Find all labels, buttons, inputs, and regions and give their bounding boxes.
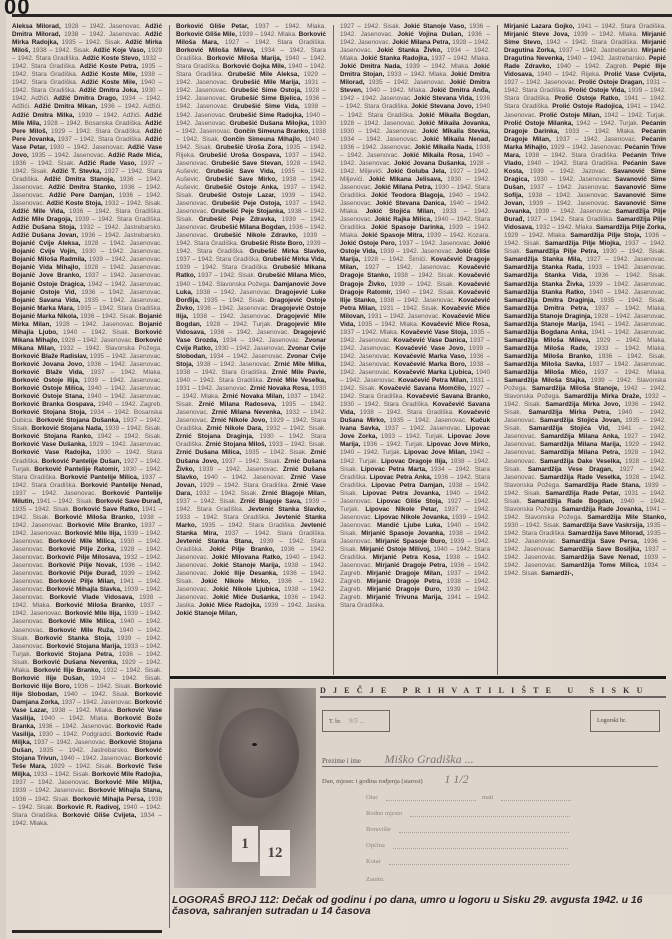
victim-name: Kovačević Vase Danica, — [393, 337, 467, 344]
victim-details: 1938 – 1942. Sisak. — [394, 272, 459, 279]
victim-name: Borković Pilje Milan, — [49, 578, 116, 585]
victim-name: Samardžija Save Persa, — [562, 538, 639, 545]
victim-name: Adžić Koste Stoja, — [46, 200, 102, 207]
victims-running-text: Aleksa Milorad, 1928 – 1942. Jasenovac. … — [12, 23, 162, 828]
victim-name: Samardžija Mile Stanko, — [587, 514, 666, 521]
victim-details: 1939 – 1942. Mlaka. — [573, 31, 641, 38]
victim-details: 1940 – 1942. Stara Gradiška. — [176, 377, 267, 384]
victim-name: Borković Branka Gospava, — [12, 401, 95, 408]
victim-name: Samardžija Miloša Mileva, — [504, 337, 590, 344]
victim-name: Borković Ilije Dušan, — [12, 675, 84, 682]
victim-name: Mirjanić Dragoje Milan, — [367, 570, 442, 577]
victim-name: Borković Mile Ilija, — [65, 530, 122, 537]
victim-name: Borković Miloša Marija, — [207, 55, 282, 62]
victim-details: 1939 – 1942. Stara Gradiška. — [75, 216, 162, 223]
victim-details: 1936 – 1942. Turjak. — [363, 441, 427, 448]
victim-name: Samardžija Stanka Mila, — [504, 256, 582, 263]
victim-details: 1940 – 1942. Slavonska Požega. — [176, 281, 273, 288]
victim-name: Borković Mile Radojka, — [92, 771, 162, 778]
victim-details: 1935 – 1942. Stara Gradiška. — [77, 305, 162, 312]
victim-details: 1931 – 1942. Sisak. — [380, 305, 442, 312]
victim-name: Mirjanić Ostoje Milivoj, — [360, 546, 431, 553]
victim-name: Borković Stojana Petra, — [36, 651, 114, 658]
victim-name: Borković Miloša Branko, — [55, 514, 135, 521]
victim-details: 1930 – 1942. Podgradci. — [39, 731, 116, 738]
victim-name: Jokić Stevana Danica, — [376, 200, 446, 207]
victim-name: Jokić Nikole Mirko, — [201, 578, 270, 585]
victim-name: Jokić Milovana Ratko, — [212, 554, 282, 561]
victim-name: Bojanić Jove Branko, — [12, 272, 81, 279]
victim-name: Adžić Dmitra Stanko, — [48, 184, 116, 191]
victim-name: Samardžija Pilje Miojka, — [545, 240, 621, 247]
victim-name: Grubešić Uroša Gospava, — [199, 152, 281, 159]
victim-details: 1931 – 1942. Jasenovac. — [368, 313, 442, 320]
victim-details: 1936 – 1942. Sisak. — [12, 796, 73, 803]
victim-details: 1935 – 1942. Sisak. — [62, 39, 126, 46]
victim-name: Zrnić Nikole Jovo, — [211, 417, 267, 424]
victim-name: Jokić Ostoje Pero, — [340, 240, 397, 247]
victim-name: Mirjanić Dragoje Petra, — [367, 578, 442, 585]
victim-details: 1940 – 1942. Sisak. — [63, 329, 135, 336]
victim-details: 1933 – 1942. Turjak. — [381, 433, 448, 440]
victim-name: Samardži-, — [541, 570, 573, 577]
victim-details: 1940 – 1942. Sisak. — [395, 289, 458, 296]
victim-name: Samardžija Miloša Branko, — [504, 353, 593, 360]
victim-name: Grubešić Peje Stojanka, — [211, 208, 285, 215]
portrait-head — [219, 708, 299, 798]
victim-name: Grubešić Sime Ostoja, — [231, 87, 302, 94]
victim-name: Samardžija Miloša Rade, — [504, 345, 588, 352]
victim-details: 1940 – 1942. Jasenovac. — [87, 385, 162, 392]
victim-name: Mirjanić Lazara Gojko, — [504, 23, 574, 30]
victim-name: Mirjanić Petra Kosa, — [373, 554, 441, 561]
victim-details: 1927 – 1942. Jasenovac. — [504, 79, 578, 86]
victim-name: Zrnić Dušana Milica, — [176, 449, 241, 456]
victim-details: 1936 – 1942. Sisak. — [598, 353, 666, 360]
victim-details: 1928 – 1942. Jasenovac. — [594, 313, 666, 320]
victim-name: Lipovac Petra Damjan, — [371, 482, 444, 489]
victim-name: Kovačević Petra Milan, — [398, 377, 468, 384]
victim-details: 1938 – 1942. Jasenovac. — [64, 31, 145, 38]
residence-label: Boravište — [366, 826, 391, 833]
victim-name: Samardžija Milana Marija, — [540, 441, 621, 448]
victim-details: 1937 – 1942. Sisak. — [222, 458, 285, 465]
victim-name: Jokić Rajka Milica, — [375, 216, 432, 223]
victim-details: 1939 – 1942. Jasenovac. — [89, 256, 162, 263]
victim-details: 1936 – 1942. Jasenovac. — [87, 361, 162, 368]
victim-name: Zrnić Novaka Milan, — [222, 393, 284, 400]
victim-name: Jokić Spasoje Darinka, — [371, 224, 445, 231]
victim-name: Samardžija Mirka Petra, — [529, 409, 611, 416]
victim-details: 1937 – 1942. Mlaka. — [595, 305, 666, 312]
father-label: Otac — [366, 794, 378, 801]
victim-details: 1937 – 1942. Mlaka. — [340, 329, 401, 336]
victim-details: 1942 – 1942. Turjak. — [604, 112, 666, 119]
victim-name: Adžić Dmitra Milka, — [12, 112, 74, 119]
victim-name: Samardžija Dmitra Petra, — [504, 305, 588, 312]
victim-name: Jokić Stevana Jovo, — [411, 103, 473, 110]
victim-name: Jokić Stanka Živko, — [377, 47, 442, 54]
victim-name: Grubešić Dušana Milojka, — [230, 120, 310, 127]
victim-name: Zrnić Mile Pavle, — [272, 369, 326, 376]
surname-name-label: Prezime i ime — [322, 757, 361, 765]
victim-name: Lipovac Dragoje Ilija, — [381, 458, 447, 465]
victim-name: Kovačević Vase Jovo, — [395, 345, 465, 352]
victim-name: Kovačević Marka Ljubica, — [394, 369, 474, 376]
victim-details: 1936 – 1942. Jasenovac. — [340, 144, 414, 151]
victim-details: 1930 – 1942. Jasenovac. — [214, 345, 287, 352]
victim-details: 1937 – 1942. Mlaka. — [255, 23, 326, 30]
victim-name: Jokić Stanoje Milan, — [176, 610, 237, 617]
victim-details: 1937 – 1942. Sisak. — [198, 272, 258, 279]
victim-details: 1939 – 1942. Mlaka. — [406, 63, 474, 70]
victim-name: Bojanić Cvije Vojin, — [12, 248, 77, 255]
victim-details: 1938 – 1942. Sisak. — [32, 47, 93, 54]
victim-name: Jokić Mikaila Rosa, — [403, 152, 465, 159]
victim-details: 1928 – 1942. Šimići. — [364, 256, 431, 263]
victim-details: 1939 – 1942. Jasenovac. — [529, 200, 614, 207]
victim-name: Grubešić Ostoje Lazar, — [199, 192, 276, 199]
victim-name: Borković Ilije Branko, — [33, 667, 100, 674]
victim-name: Borković Mihajla Stana, — [89, 787, 162, 794]
victim-name: Samardžija Milana Petra, — [540, 449, 620, 456]
victim-name: Samardžija Save Milorad, — [568, 530, 645, 537]
victim-name: Borković Pilje Zorka, — [48, 546, 116, 553]
victim-details: 1935 – 1942. Sisak. — [600, 297, 666, 304]
victim-details: 1937 – 1942. Jasenovac. — [530, 184, 615, 191]
victim-details: 1931 – 1942. Jasenovac. — [176, 385, 250, 392]
victim-name: Borković Ostoje Milica, — [12, 385, 84, 392]
victim-name: Bojanić Ostoje Vid, — [12, 289, 76, 296]
victim-details: 1933 – 1942. Jasenovac. — [588, 264, 666, 271]
victim-name: Zrnić Mile Milka, — [274, 361, 326, 368]
victim-details: 1938 – 1942. Mlaka. — [51, 707, 117, 714]
victim-details: 1940 – 1942. Rijeka. — [537, 71, 604, 78]
victim-details: 1930 – 1942. Jasenovac. — [533, 176, 615, 183]
victim-name: Borković Stojana Nada, — [31, 425, 103, 432]
victim-details: 1937 – 1942. Jasenovac. — [34, 739, 109, 746]
victim-details: 1932 – 1942. Jastrebarsko. — [80, 224, 162, 231]
victim-details: 1935 – 1942. Jasenovac. — [90, 353, 162, 360]
victim-details: 1940 – 1942. Zagreb. — [557, 63, 634, 70]
victim-name: Adžić Mile Vida, — [12, 208, 65, 215]
victim-name: Bojanić Savana Vida, — [12, 297, 80, 304]
victim-details: 1935 – 1942. Sisak. — [12, 506, 73, 513]
victim-name: Samardžija Rade Veselka, — [540, 474, 622, 481]
victim-name: Adžić Dušana Jovan, — [12, 232, 78, 239]
victim-name: Borković Gliše Petar, — [176, 23, 249, 30]
victim-details: 1935 – 1942. Sisak. — [204, 297, 270, 304]
victim-name: Zrnić Stojana Miloš, — [205, 441, 266, 448]
victim-details: 1937 – 1942. Mlaka. — [594, 369, 666, 376]
victim-details: 1935 – 1942. Jastrebarsko. — [39, 747, 134, 754]
victim-details: 1928 – 1942. Jasenovac. — [61, 337, 134, 344]
victim-name: Samardžija Stanka Rada, — [504, 264, 584, 271]
victim-name: Jokić Dmitra Anđa, — [430, 87, 490, 94]
victim-details: 1937 – 1942. Jasenovac. — [589, 361, 666, 368]
victim-name: Samardžija Save Nenad, — [561, 554, 640, 561]
victim-name: Jokić Jovana Dušanka, — [394, 160, 466, 167]
victim-name: Samardžija Pilje Stoja, — [570, 232, 641, 239]
victim-details: 1940 – 1942. Jastrebarsko. — [567, 55, 649, 62]
victim-details: 1928 – 1942. Jasenovac. — [84, 240, 162, 247]
victim-name: Grubešić Mile Marija, — [232, 79, 300, 86]
victim-name: Samardžija Rade Petar, — [545, 490, 620, 497]
victim-name: Samardžija Mirka Jovo, — [545, 401, 620, 408]
victims-list-column-3: 1927 – 1942. Sisak. Jokić Stanoje Vaso, … — [340, 23, 490, 675]
victim-name: Adžić Rade Mića, — [108, 152, 162, 159]
victim-name: Adžić T. Stevka, — [51, 168, 101, 175]
victim-details: 1928 – 1942. Bosanska Gradiška. — [44, 120, 145, 127]
victim-details: 1934 – 1942. Sisak. — [91, 675, 162, 682]
victim-name: Samardžija Save Bosiljka, — [559, 546, 641, 553]
victim-details: 1933 – 1942. Mlaka. — [565, 128, 642, 135]
registry-number-box: T. br. 9/5 ... — [322, 710, 390, 732]
victim-name: Samardžija Bogdana Anka, — [504, 329, 588, 336]
victim-details: 1936 – 1942. Jastrebarsko. — [81, 232, 162, 239]
victim-details: 1933 – 1942. Sisak. — [33, 771, 92, 778]
victim-name: Samardžija Rade Jovanka, — [562, 506, 644, 513]
victim-name: Grubešić Save Vida, — [206, 168, 275, 175]
victim-details: 1928 – 1942. Jasenovac. — [84, 264, 162, 271]
dob-label: Dan, mjesec i godina rodjenja (starost) — [322, 778, 423, 785]
victim-name: Samardžija Stanoje Draginja, — [504, 313, 592, 320]
victim-details: 1935 – 1942. Mlaka. — [358, 321, 421, 328]
photo-caption: LOGORAŠ BROJ 112: Dečak od godinu i po d… — [172, 895, 670, 917]
victim-details: 1930 – 1942. Jasenovac. — [82, 248, 162, 255]
victim-details: 1940 – 1942. Stara Gradiška. — [527, 160, 623, 167]
victim-details: 1935 – 1942. Jasenovac. — [368, 79, 449, 86]
registration-card: DJEČJE PRIHVATILIŠTE U SISKU T. br. 9/5 … — [320, 686, 666, 886]
victim-details: 1937 – 1942. Jasenovac. — [85, 272, 162, 279]
victim-details: 1939 – 1942. Jasenovac. — [199, 466, 283, 473]
victim-details: 1929 – 1942. Jasenovac. — [550, 144, 624, 151]
victim-name: Mandić Ljube Luka, — [377, 522, 442, 529]
district-label: Kotar — [366, 858, 381, 865]
page-number: 00 — [4, 0, 30, 20]
victim-details: 1940 – 1942. Mlaka. — [41, 715, 114, 722]
victim-name: Grubešić Mile Aleksa, — [228, 71, 299, 78]
victim-details: 1935 – 1942. Jasenovac. — [31, 152, 108, 159]
district-row: Kotar — [366, 858, 616, 865]
victim-name: Bojanić Ostoje Dragica, — [12, 281, 85, 288]
victim-name: Borković Blaže Radislav, — [12, 353, 88, 360]
victim-details: 1939 – 1942. Jasika. — [264, 602, 326, 609]
victim-details: 1937 – 1942. Jasenovac. — [12, 779, 94, 786]
victim-name: Mirjanić Dragoje Petra, — [375, 562, 447, 569]
victim-name: Samardžija Milana Anka, — [541, 433, 620, 440]
victim-details: 1933 – 1942. Sisak. — [269, 441, 326, 448]
victim-name: Borković Gliše Mile, — [176, 31, 237, 38]
victim-name: Samardžija Vese Dragan, — [528, 466, 613, 473]
victim-name: Grubešić Save Mirko, — [205, 176, 277, 183]
victim-details: 1930 – 1942. Sisak. — [603, 248, 667, 255]
victim-details: 1932 – 1942. Sisak. — [196, 490, 262, 497]
victim-name: Jokić Ilije Desanka, — [213, 570, 278, 577]
victim-details: 1939 – 1942. Jasenovac. — [84, 377, 162, 384]
victim-name: Kovačević Miće Rosa, — [421, 321, 490, 328]
victim-name: Samardžija Stanka Živka, — [504, 281, 585, 288]
victim-name: Grubešić Peje Ostoja, — [212, 200, 282, 207]
victim-details: 1930 – 1942. Jasenovac. — [50, 144, 128, 151]
victim-name: Borković Stojana Ranko, — [12, 433, 93, 440]
victim-details: 1939 – 1942. Jazovac. — [530, 168, 613, 175]
victim-name: Adžić Dmitra Joka, — [79, 87, 138, 94]
victim-details: 1940 – 1942. Jasenovac. — [87, 393, 162, 400]
child-portrait-photo: 1 12 — [174, 688, 316, 888]
victim-details: 1941 – 1942. Jasenovac. — [591, 329, 666, 336]
victim-details: 1928 – 1942. Turjak. — [206, 321, 277, 328]
victim-name: Lipovac Petra Anka, — [370, 474, 432, 481]
victim-name: Kovačević Savana Momčilo, — [379, 385, 466, 392]
victim-name: Borković Save Ratko, — [73, 506, 140, 513]
victim-details: 1939 – 1942. Jasenovac. — [12, 787, 89, 794]
victim-name: Prolić Ostoje Vida, — [569, 87, 626, 94]
victim-details: 1932 – 1942. Sisak. — [266, 425, 326, 432]
victim-name: Samardžija Stanka Vida, — [504, 272, 588, 279]
victim-details: 1939 – 1942. Mlaka. — [239, 31, 299, 38]
victim-name: Adžić Dmitra Mikan, — [34, 103, 97, 110]
victim-name: Borković Ostoje Ilija, — [12, 377, 80, 384]
victim-details: 1939 – 1942. Jasenovac. — [380, 248, 456, 255]
victim-details: 1929 – 1942. Jasenovac. — [89, 441, 162, 448]
victim-name: Borković Miloša Branko, — [56, 602, 136, 609]
victim-name: Borković Gojka Mile, — [223, 63, 286, 70]
victim-details: 1937 – 1942. Jastrebarsko. — [559, 47, 642, 54]
victim-details: 1928 – 1942. Jasenovac. — [64, 23, 145, 30]
victim-details: 1927 – 1942. Stara Gradiška. — [225, 39, 326, 46]
victim-name: Adžić Dušana Stoja, — [12, 224, 76, 231]
victim-details: 1933 – 1942. Stara Gradiška. — [176, 514, 275, 521]
victim-name: Borković R. Radivoj, — [57, 804, 121, 811]
archival-document-photo: 1 12 DJEČJE PRIHVATILIŠTE U SISKU T. br.… — [170, 680, 672, 895]
victim-name: Adžić Rade Vaso, — [79, 160, 136, 167]
victim-name: Prolić Ostoje Milan, — [539, 112, 601, 119]
victim-name: Borković Pantelije Ratomir, — [34, 466, 119, 473]
surname-name-row: Prezime i ime Miško Gradiška ... — [322, 752, 658, 767]
victim-details: 1938 – 1942. Jasenovac. — [196, 289, 275, 296]
victim-name: Borković Jovana Jovo, — [12, 361, 84, 368]
victim-details: 1940 – 1942. Turjak. — [340, 449, 404, 456]
victim-details: 1937 – 1942. Stara Gradiška. — [58, 136, 145, 143]
victim-details: 1938 – 1942. Jasenovac. — [193, 313, 277, 320]
victim-details: 1935 – 1942. Jasenovac. — [389, 417, 470, 424]
victim-name: Prolić Ostoje Ratko, — [555, 95, 620, 102]
victim-name: Grubešić Save Stevan, — [211, 160, 283, 167]
victim-name: Adžić Dmitra Stanoja, — [44, 176, 115, 183]
victim-details: 1936 – 1942. Jasenovac. — [197, 305, 272, 312]
victim-name: Jokić Mikana Jelisava, — [369, 176, 443, 183]
victim-details: 1929 – 1942. Mlaka. — [596, 337, 666, 344]
victim-name: Samardžija Mirka Draže, — [564, 393, 641, 400]
victim-details: 1942 – 1942. Stara Gradiška. — [546, 39, 642, 46]
victim-details: 1940 – 1942. Sisak. — [64, 691, 135, 698]
victim-name: Gončin Simeuna Branko, — [234, 128, 310, 135]
victim-name: Borković Vlade Vidosava, — [49, 594, 133, 601]
victim-name: Borković Mile Milica, — [48, 538, 116, 545]
victim-details: 1941 – 1942. Sisak. — [36, 498, 95, 505]
victim-name: Grubešić Sime Radojka, — [229, 112, 303, 119]
victim-name: Adžić Koje Vaso, — [93, 47, 145, 54]
victim-details: 1937 – 1942. Jasenovac. — [556, 136, 642, 143]
victim-details: 1932 – 1942. Mlaka. — [536, 224, 596, 231]
victim-name: Borković Ilije Boro, — [12, 683, 71, 690]
municipality-label: Općina — [366, 842, 385, 849]
victim-name: Jokić Mikaila Jovanka, — [419, 120, 490, 127]
victim-details: 1933 – 1942. Mlaka. — [594, 345, 666, 352]
victim-name: Zrnić Blagoje Sava, — [240, 498, 302, 505]
victim-name: Jokić Mikaila Bogdan, — [419, 112, 490, 119]
victim-details: 1934 – 1942. Jasenovac. — [222, 337, 304, 344]
victim-name: Zrnić Milana Radoseva, — [199, 401, 277, 408]
victim-name: Jevtenić Stanka Stana, — [176, 538, 253, 545]
victim-name: Adžić Koste Mile, — [81, 71, 137, 78]
victims-list-column-4: Mirjanić Lazara Gojko, 1941 – 1942. Star… — [504, 23, 666, 675]
victim-details: 1932 – 1942. Slavonska Požega. — [60, 345, 162, 352]
victim-name: Jokić Spasoje Mitra, — [361, 232, 424, 239]
camp-number-box: Logorski br. — [590, 710, 660, 732]
victim-details: 1937 – 1942. Mlaka. — [431, 55, 490, 62]
victim-details: 1939 – 1942. Kozara. — [427, 232, 490, 239]
victim-details: 1939 – 1942. Stara Gradiška. — [176, 264, 273, 271]
victim-details: 1942 – 1942. Jasenovac. — [340, 95, 414, 102]
victim-name: Borković Dušana Nevenka, — [33, 659, 118, 666]
victim-name: Jokić Stojića Milan, — [366, 208, 435, 215]
victim-details: 1940 – 1942. Jasenovac. — [204, 474, 291, 481]
birthplace-label: Rodno mjesto — [366, 810, 402, 817]
municipality-row: Općina — [366, 842, 616, 849]
victim-name: Borković Stojana Marija, — [47, 643, 122, 650]
victim-name: Jokić Goluba Jela, — [387, 168, 446, 175]
victim-name: Kovačević Marka Boro, — [394, 361, 466, 368]
victim-name: Grubešić Sime Vida, — [233, 103, 300, 110]
victim-name: Borković Pantelije Dušan, — [42, 458, 122, 465]
victim-details: 1936 – 1942. Stara Gradiška. — [69, 208, 162, 215]
victim-details: 1937 – 1942. Mlaka. — [90, 369, 162, 376]
victim-name: Samardžija Stanoje Marija, — [504, 321, 587, 328]
caption-lead: LOGORAŠ BROJ 112: — [172, 895, 279, 906]
victim-name: Samardžija Stojića Vid, — [529, 425, 610, 432]
victim-name: Jokić Mikaila Nada, — [414, 144, 473, 151]
victim-details: 1937 – 1942. Jasenovac. — [12, 490, 102, 497]
victim-name: Samardžija Dake Veselka, — [540, 458, 621, 465]
victim-details: 1934 – 1942. Jasenovac. — [210, 353, 287, 360]
victim-name: Bojanić Miloša Radmila, — [12, 256, 86, 263]
victim-details: 1935 – 1942. Stara Gradiška. — [201, 522, 300, 529]
victim-name: Samardžija Rade Bogdan, — [527, 498, 614, 505]
victim-details: 1936 – 1942. Sisak. — [80, 313, 139, 320]
victim-name: Aleksa Milorad, — [12, 23, 61, 30]
victim-details: 1934 – 1942. Jasenovac. — [340, 136, 423, 143]
victim-name: Gončin Simeuna Mihajlo, — [223, 136, 302, 143]
victim-name: Lipovac Gliše Stoja, — [377, 498, 443, 505]
victim-name: Grubešić Nikole Zdravko, — [214, 232, 298, 239]
photo-number-tag-left: 1 — [232, 826, 258, 862]
victim-name: Kovačević Savana Branko, — [407, 393, 490, 400]
victim-name: Lipovac Jove Milan, — [404, 449, 466, 456]
victim-name: Borković Mile Ilija, — [65, 610, 122, 617]
victim-name: Samardžija Miloša Stajka, — [504, 377, 586, 384]
victim-name: Prolić Ostoje Radojica, — [552, 103, 624, 110]
victim-name: Mirjanić Spasoje Đuro, — [375, 538, 447, 545]
victim-name: Grubešić Milana Bogdan, — [210, 224, 287, 231]
victim-name: Mirjanić Trivuna Marija, — [367, 594, 443, 601]
victim-details: 1938 – 1942. Stara Gradiška. — [525, 152, 622, 159]
victim-name: Borković Mihajla Slavka, — [46, 586, 121, 593]
victim-name: Grubešić Peje Zdravka, — [199, 216, 277, 223]
victim-name: Adžić Dmitra Drago, — [53, 95, 117, 102]
victim-details: 1936 – 1942. Jasenovac. — [81, 289, 162, 296]
